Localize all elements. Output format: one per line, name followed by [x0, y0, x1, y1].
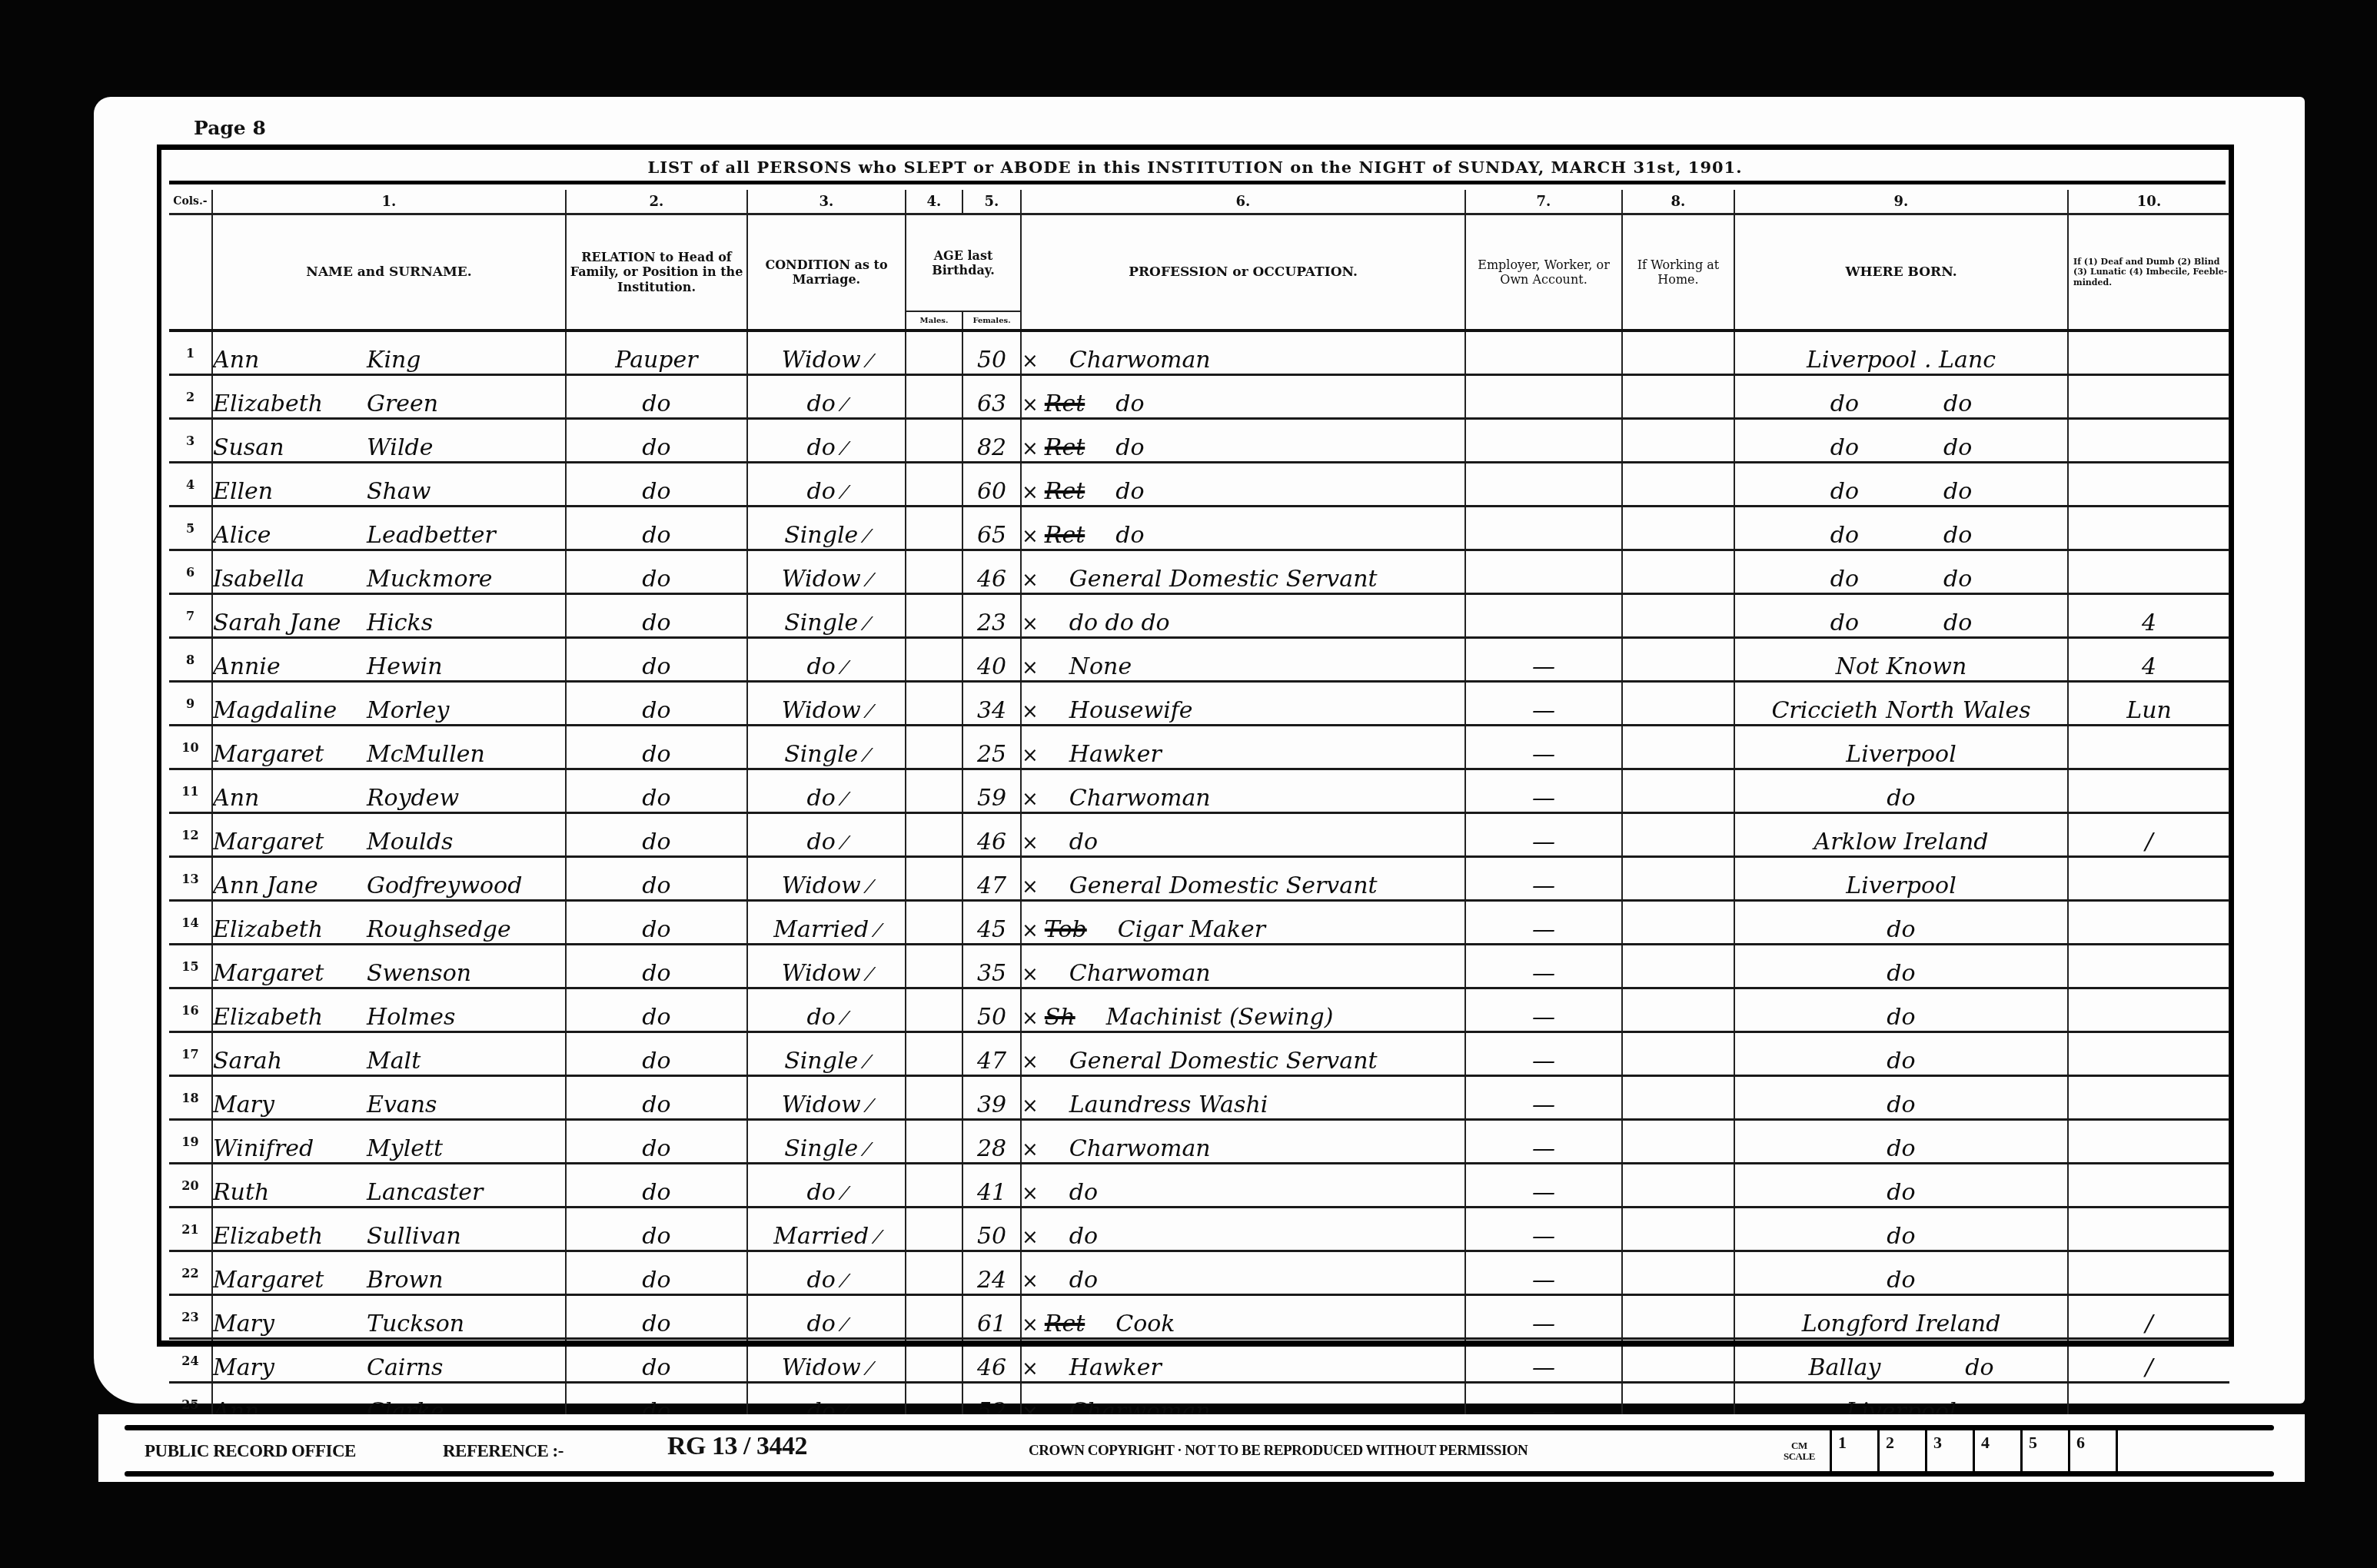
infirmity: 4	[2068, 594, 2229, 638]
occupation-value: Charwoman	[1069, 1135, 1211, 1162]
person-name: MargaretMoulds	[212, 813, 566, 857]
surname: Holmes	[367, 1004, 455, 1031]
birthplace-value: Criccieth North Wales	[1771, 697, 2030, 724]
condition-value: Single	[784, 522, 858, 549]
enumerator-x-mark: ×	[1022, 613, 1039, 636]
row-number: 8	[169, 638, 212, 682]
birthplace: dodo	[1734, 419, 2068, 463]
relation: do	[566, 507, 747, 550]
working-at-home	[1622, 463, 1734, 507]
occupation-value: Machinist (Sewing)	[1106, 1004, 1334, 1031]
occupation: ×Housewife	[1021, 682, 1465, 726]
occupation-value: Laundress Washi	[1069, 1091, 1268, 1118]
col-num-5: 5.	[962, 190, 1021, 214]
infirmity	[2068, 550, 2229, 594]
occupation-value: Charwoman	[1069, 785, 1211, 812]
person-name: EllenShaw	[212, 463, 566, 507]
occupation: ×Retdo	[1021, 463, 1465, 507]
person-name: RuthLancaster	[212, 1164, 566, 1208]
first-name: Ellen	[213, 478, 367, 505]
infirmity: /	[2068, 1295, 2229, 1339]
working-at-home	[1622, 945, 1734, 988]
row-number: 23	[169, 1295, 212, 1339]
birthplace-value: Liverpool . Lanc	[1807, 347, 1996, 374]
working-at-home	[1622, 682, 1734, 726]
header-relation: RELATION to Head of Family, or Position …	[566, 214, 747, 331]
birthplace: Not Known	[1734, 638, 2068, 682]
tick-mark: ⁄	[843, 482, 846, 503]
relation: do	[566, 1164, 747, 1208]
column-header-row: NAME and SURNAME. RELATION to Head of Fa…	[169, 214, 2229, 312]
infirmity	[2068, 901, 2229, 945]
relation: do	[566, 857, 747, 901]
column-number-row: Cols.- 1. 2. 3. 4. 5. 6. 7. 8. 9. 10.	[169, 190, 2229, 214]
birthplace: dodo	[1734, 463, 2068, 507]
birthplace: do	[1734, 1032, 2068, 1076]
birthplace-value: Longford Ireland	[1802, 1311, 2001, 1337]
census-row: 7Sarah JaneHicksdoSingle ⁄23×do do dodod…	[169, 594, 2229, 638]
tick-mark: ⁄	[868, 701, 871, 723]
occupation: ×do	[1021, 1251, 1465, 1295]
age-male	[906, 945, 962, 988]
age-male	[906, 1164, 962, 1208]
schedule-bottom-rule	[157, 1340, 2234, 1347]
condition: do ⁄	[747, 1251, 906, 1295]
occupation: ×General Domestic Servant	[1021, 550, 1465, 594]
row-number: 6	[169, 550, 212, 594]
copyright-notice: CROWN COPYRIGHT · NOT TO BE REPRODUCED W…	[1029, 1436, 1528, 1467]
employer-status: —	[1465, 1032, 1622, 1076]
age-male	[906, 1251, 962, 1295]
surname: Muckmore	[367, 566, 493, 593]
occupation-prefix: Ret	[1045, 478, 1085, 505]
enumerator-x-mark: ×	[1022, 1138, 1039, 1161]
enumerator-x-mark: ×	[1022, 525, 1039, 548]
person-name: Sarah JaneHicks	[212, 594, 566, 638]
occupation: ×do	[1021, 1164, 1465, 1208]
first-name: Mary	[213, 1091, 367, 1118]
birthplace: do	[1734, 1076, 2068, 1120]
census-row: 15MargaretSwensondoWidow ⁄35×Charwoman—d…	[169, 945, 2229, 988]
birthplace-value: do	[1887, 1135, 1915, 1162]
scale-cell: 3	[1925, 1428, 1973, 1471]
occupation: ×Charwoman	[1021, 769, 1465, 813]
age-female: 59	[962, 769, 1021, 813]
first-name: Sarah	[213, 1048, 367, 1075]
row-number: 19	[169, 1120, 212, 1164]
occupation-value: General Domestic Servant	[1069, 872, 1378, 899]
census-row: 6IsabellaMuckmoredoWidow ⁄46×General Dom…	[169, 550, 2229, 594]
employer-status: —	[1465, 1208, 1622, 1251]
person-name: MaryEvans	[212, 1076, 566, 1120]
relation: do	[566, 594, 747, 638]
infirmity	[2068, 1032, 2229, 1076]
census-row: 22MargaretBrowndodo ⁄24×do—do	[169, 1251, 2229, 1295]
row-number: 16	[169, 988, 212, 1032]
infirmity	[2068, 857, 2229, 901]
enumerator-x-mark: ×	[1022, 744, 1039, 767]
condition-value: Married	[773, 916, 869, 943]
occupation-value: Charwoman	[1069, 347, 1211, 374]
person-name: AnnKing	[212, 331, 566, 375]
row-number: 21	[169, 1208, 212, 1251]
working-at-home	[1622, 901, 1734, 945]
working-at-home	[1622, 1295, 1734, 1339]
relation: do	[566, 901, 747, 945]
working-at-home	[1622, 1120, 1734, 1164]
enumerator-x-mark: ×	[1022, 656, 1039, 679]
age-female: 61	[962, 1295, 1021, 1339]
person-name: MaryTuckson	[212, 1295, 566, 1339]
condition: do ⁄	[747, 638, 906, 682]
working-at-home	[1622, 638, 1734, 682]
occupation-value: do	[1069, 1267, 1098, 1294]
relation: do	[566, 726, 747, 769]
row-number: 12	[169, 813, 212, 857]
birthplace-value: do	[1887, 1223, 1915, 1250]
person-name: ElizabethHolmes	[212, 988, 566, 1032]
census-row: 2ElizabethGreendodo ⁄63×Retdododo	[169, 375, 2229, 419]
person-name: ElizabethRoughsedge	[212, 901, 566, 945]
birthplace: do	[1734, 769, 2068, 813]
birthplace-county: do	[1943, 478, 1972, 505]
relation: do	[566, 1076, 747, 1120]
infirmity: 4	[2068, 638, 2229, 682]
census-row: 11AnnRoydewdodo ⁄59×Charwoman—do	[169, 769, 2229, 813]
row-number: 17	[169, 1032, 212, 1076]
header-females: Females.	[962, 311, 1021, 331]
occupation-prefix: Ret	[1045, 522, 1085, 549]
birthplace-value: do	[1830, 478, 1859, 505]
row-number: 20	[169, 1164, 212, 1208]
condition-value: Widow	[782, 697, 861, 724]
first-name: Alice	[213, 522, 367, 549]
employer-status: —	[1465, 857, 1622, 901]
employer-status: —	[1465, 682, 1622, 726]
birthplace: do	[1734, 945, 2068, 988]
first-name: Ann	[213, 785, 367, 812]
relation: do	[566, 1208, 747, 1251]
person-name: WinifredMylett	[212, 1120, 566, 1164]
birthplace: dodo	[1734, 507, 2068, 550]
relation: do	[566, 1032, 747, 1076]
condition: Widow ⁄	[747, 857, 906, 901]
birthplace: Liverpool . Lanc	[1734, 331, 2068, 375]
enumerator-x-mark: ×	[1022, 481, 1039, 504]
infirmity	[2068, 1076, 2229, 1120]
condition: Single ⁄	[747, 726, 906, 769]
person-name: MargaretMcMullen	[212, 726, 566, 769]
surname: Roydew	[367, 785, 459, 812]
infirmity	[2068, 945, 2229, 988]
age-male	[906, 638, 962, 682]
enumerator-x-mark: ×	[1022, 569, 1039, 592]
age-female: 46	[962, 550, 1021, 594]
birthplace: do	[1734, 988, 2068, 1032]
census-row: 13Ann JaneGodfreywooddoWidow ⁄47×General…	[169, 857, 2229, 901]
working-at-home	[1622, 726, 1734, 769]
birthplace-value: Ballay	[1808, 1354, 1880, 1381]
age-female: 50	[962, 988, 1021, 1032]
census-row: 10MargaretMcMullendoSingle ⁄25×Hawker—Li…	[169, 726, 2229, 769]
employer-status: —	[1465, 638, 1622, 682]
age-male	[906, 550, 962, 594]
person-name: SarahMalt	[212, 1032, 566, 1076]
scale-cell: 4	[1973, 1428, 2020, 1471]
header-where-born: WHERE BORN.	[1734, 214, 2068, 331]
working-at-home	[1622, 507, 1734, 550]
occupation-prefix: Ret	[1045, 1311, 1085, 1337]
employer-status	[1465, 463, 1622, 507]
working-at-home	[1622, 769, 1734, 813]
first-name: Elizabeth	[213, 1004, 367, 1031]
tick-mark: ⁄	[868, 1358, 871, 1380]
condition: do ⁄	[747, 813, 906, 857]
occupation-prefix: Sh	[1045, 1004, 1075, 1031]
occupation: ×RetCook	[1021, 1295, 1465, 1339]
first-name: Ruth	[213, 1179, 367, 1206]
occupation-prefix: Ret	[1045, 390, 1085, 417]
surname: Wilde	[367, 434, 433, 461]
birthplace: Longford Ireland	[1734, 1295, 2068, 1339]
age-female: 41	[962, 1164, 1021, 1208]
condition: Married ⁄	[747, 901, 906, 945]
condition: Married ⁄	[747, 1208, 906, 1251]
occupation: ×do	[1021, 1208, 1465, 1251]
first-name: Ann	[213, 347, 367, 374]
condition: Widow ⁄	[747, 682, 906, 726]
birthplace-value: do	[1887, 785, 1915, 812]
age-male	[906, 1208, 962, 1251]
census-row: 18MaryEvansdoWidow ⁄39×Laundress Washi—d…	[169, 1076, 2229, 1120]
first-name: Mary	[213, 1311, 367, 1337]
employer-status	[1465, 375, 1622, 419]
occupation: ×do	[1021, 813, 1465, 857]
enumerator-x-mark: ×	[1022, 1226, 1039, 1249]
row-number: 1	[169, 331, 212, 375]
employer-status	[1465, 507, 1622, 550]
age-female: 45	[962, 901, 1021, 945]
employer-status: —	[1465, 1251, 1622, 1295]
first-name: Susan	[213, 434, 367, 461]
surname: Sullivan	[367, 1223, 461, 1250]
age-female: 35	[962, 945, 1021, 988]
person-name: ElizabethGreen	[212, 375, 566, 419]
condition-value: do	[807, 653, 836, 680]
condition-value: do	[807, 829, 836, 855]
age-male	[906, 682, 962, 726]
first-name: Elizabeth	[213, 390, 367, 417]
condition: do ⁄	[747, 419, 906, 463]
birthplace: do	[1734, 901, 2068, 945]
relation: do	[566, 1251, 747, 1295]
tick-mark: ⁄	[868, 570, 871, 591]
tick-mark: ⁄	[868, 964, 871, 985]
title-rule	[169, 181, 2226, 184]
age-female: 63	[962, 375, 1021, 419]
row-number: 10	[169, 726, 212, 769]
relation: do	[566, 769, 747, 813]
birthplace: do	[1734, 1120, 2068, 1164]
age-male	[906, 813, 962, 857]
birthplace-value: Liverpool	[1846, 741, 1956, 768]
working-at-home	[1622, 1208, 1734, 1251]
record-office-label: PUBLIC RECORD OFFICE	[145, 1436, 356, 1467]
occupation-value: Housewife	[1069, 697, 1193, 724]
condition: do ⁄	[747, 1164, 906, 1208]
birthplace-value: do	[1830, 390, 1859, 417]
surname: King	[367, 347, 421, 374]
col-num-10: 10.	[2068, 190, 2229, 214]
first-name: Mary	[213, 1354, 367, 1381]
census-row: 19WinifredMylettdoSingle ⁄28×Charwoman—d…	[169, 1120, 2229, 1164]
condition-value: do	[807, 1004, 836, 1031]
birthplace-county: do	[1943, 434, 1972, 461]
occupation-value: do	[1115, 390, 1144, 417]
header-occupation: PROFESSION or OCCUPATION.	[1021, 214, 1465, 331]
age-female: 46	[962, 813, 1021, 857]
first-name: Elizabeth	[213, 916, 367, 943]
tick-mark: ⁄	[868, 1095, 871, 1117]
first-name: Margaret	[213, 960, 367, 987]
age-male	[906, 375, 962, 419]
condition-value: do	[807, 1179, 836, 1206]
age-female: 40	[962, 638, 1021, 682]
condition-value: Widow	[782, 566, 861, 593]
archive-footer: PUBLIC RECORD OFFICE REFERENCE :- RG 13 …	[98, 1414, 2305, 1482]
header-working-at-home: If Working at Home.	[1622, 214, 1734, 331]
condition: Widow ⁄	[747, 550, 906, 594]
col-num-2: 2.	[566, 190, 747, 214]
occupation: ×ShMachinist (Sewing)	[1021, 988, 1465, 1032]
census-row: 8AnnieHewindodo ⁄40×None—Not Known4	[169, 638, 2229, 682]
working-at-home	[1622, 419, 1734, 463]
age-male	[906, 857, 962, 901]
age-male	[906, 331, 962, 375]
working-at-home	[1622, 1164, 1734, 1208]
employer-status: —	[1465, 1076, 1622, 1120]
enumerator-x-mark: ×	[1022, 700, 1039, 723]
infirmity	[2068, 1251, 2229, 1295]
surname: Evans	[367, 1091, 437, 1118]
occupation-value: Charwoman	[1069, 960, 1211, 987]
condition: do ⁄	[747, 1295, 906, 1339]
surname: Swenson	[367, 960, 471, 987]
infirmity	[2068, 463, 2229, 507]
age-female: 34	[962, 682, 1021, 726]
surname: Godfreywood	[367, 872, 522, 899]
birthplace-value: do	[1830, 434, 1859, 461]
occupation: ×None	[1021, 638, 1465, 682]
header-age: AGE last Birthday.	[906, 214, 1021, 312]
birthplace: do	[1734, 1164, 2068, 1208]
birthplace-value: do	[1830, 610, 1859, 636]
age-male	[906, 726, 962, 769]
row-number: 18	[169, 1076, 212, 1120]
first-name: Margaret	[213, 829, 367, 855]
occupation-value: do	[1069, 1179, 1098, 1206]
condition-value: Single	[784, 1048, 858, 1075]
condition: do ⁄	[747, 769, 906, 813]
age-male	[906, 988, 962, 1032]
condition-value: Widow	[782, 960, 861, 987]
working-at-home	[1622, 594, 1734, 638]
condition: Single ⁄	[747, 1032, 906, 1076]
birthplace: Liverpool	[1734, 857, 2068, 901]
age-male	[906, 507, 962, 550]
working-at-home	[1622, 813, 1734, 857]
birthplace: do	[1734, 1208, 2068, 1251]
employer-status: —	[1465, 769, 1622, 813]
occupation-value: do do do	[1069, 610, 1170, 636]
enumerator-x-mark: ×	[1022, 350, 1039, 373]
birthplace-value: do	[1830, 566, 1859, 593]
schedule-title: LIST of all PERSONS who SLEPT or ABODE i…	[161, 158, 2229, 177]
employer-status: —	[1465, 726, 1622, 769]
condition-value: do	[807, 1267, 836, 1294]
surname: Tuckson	[367, 1311, 464, 1337]
infirmity: /	[2068, 813, 2229, 857]
occupation-value: Cigar Maker	[1118, 916, 1265, 943]
occupation-value: Cook	[1115, 1311, 1175, 1337]
condition: do ⁄	[747, 988, 906, 1032]
infirmity	[2068, 769, 2229, 813]
condition: Single ⁄	[747, 507, 906, 550]
occupation-value: do	[1115, 434, 1144, 461]
row-number: 11	[169, 769, 212, 813]
condition-value: Single	[784, 741, 858, 768]
birthplace-value: do	[1887, 1179, 1915, 1206]
employer-status: —	[1465, 1120, 1622, 1164]
relation: do	[566, 375, 747, 419]
birthplace-value: do	[1887, 1004, 1915, 1031]
row-number: 22	[169, 1251, 212, 1295]
enumerator-x-mark: ×	[1022, 1007, 1039, 1030]
occupation-value: do	[1115, 478, 1144, 505]
row-number: 13	[169, 857, 212, 901]
row-number: 4	[169, 463, 212, 507]
condition-value: do	[807, 478, 836, 505]
census-row: 21ElizabethSullivandoMarried ⁄50×do—do	[169, 1208, 2229, 1251]
working-at-home	[1622, 857, 1734, 901]
birthplace: dodo	[1734, 375, 2068, 419]
enumerator-x-mark: ×	[1022, 437, 1039, 460]
birthplace-county: do	[1943, 566, 1972, 593]
first-name: Margaret	[213, 1267, 367, 1294]
occupation: ×Retdo	[1021, 419, 1465, 463]
census-row: 4EllenShawdodo ⁄60×Retdododo	[169, 463, 2229, 507]
occupation: ×Retdo	[1021, 507, 1465, 550]
scale-cell: 6	[2068, 1428, 2116, 1471]
condition: do ⁄	[747, 375, 906, 419]
birthplace-county: do	[1943, 610, 1972, 636]
header-infirmity: If (1) Deaf and Dumb (2) Blind (3) Lunat…	[2068, 214, 2229, 331]
birthplace-county: do	[1965, 1354, 1993, 1381]
census-row: 20RuthLancasterdodo ⁄41×do—do	[169, 1164, 2229, 1208]
tick-mark: ⁄	[843, 789, 846, 810]
birthplace: Arklow Ireland	[1734, 813, 2068, 857]
tick-mark: ⁄	[843, 438, 846, 460]
census-row: 17SarahMaltdoSingle ⁄47×General Domestic…	[169, 1032, 2229, 1076]
occupation-prefix: Ret	[1045, 434, 1085, 461]
relation: do	[566, 945, 747, 988]
occupation: ×Retdo	[1021, 375, 1465, 419]
condition-value: Married	[773, 1223, 869, 1250]
surname: McMullen	[367, 741, 485, 768]
condition: Widow ⁄	[747, 945, 906, 988]
first-name: Magdaline	[213, 697, 367, 724]
surname: Hicks	[367, 610, 433, 636]
